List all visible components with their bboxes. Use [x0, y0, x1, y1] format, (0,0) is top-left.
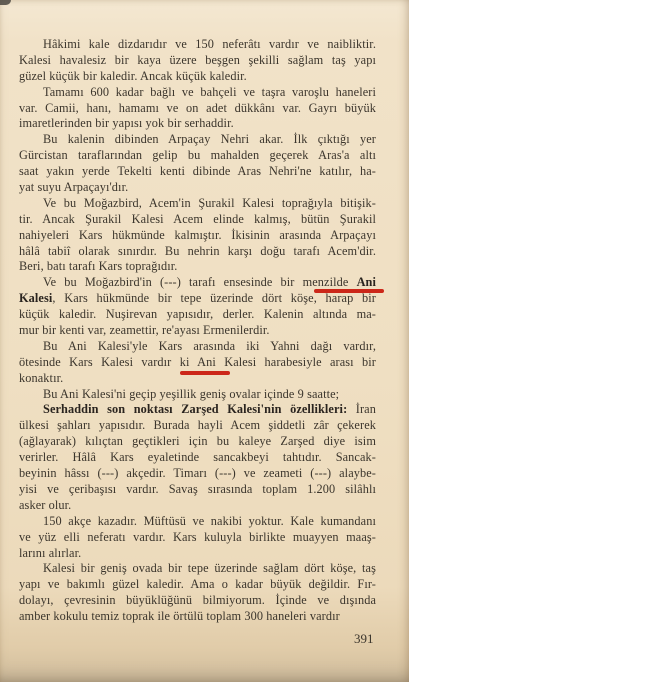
text-segment: , Kars hükmünde bir tepe üzerinde dört k… [52, 291, 376, 305]
text-line: Kalesi havalesiz bir kaya üzere beşgen ş… [19, 53, 376, 69]
text-line: küçük kaledir. Nuşirevan yapısıdır, derl… [19, 307, 376, 323]
bold-text-segment: Ani [357, 275, 376, 289]
text-line: verirler. Hâlâ Kars eyaletinde sancakbey… [19, 450, 376, 466]
text-segment: yat suyu Arpaçayı'dır. [19, 180, 128, 194]
text-segment: Gürcistan taraflarından gelip bu mahalde… [19, 148, 376, 162]
text-line: mur bir kenti var, zeamettir, re'ayası E… [19, 323, 376, 339]
scan-artifact [0, 0, 11, 5]
text-line: ötesinde Kars Kalesi vardır ki Ani Kales… [19, 355, 376, 371]
text-segment: Kalesi bir geniş ovada bir tepe üzerinde… [43, 561, 376, 575]
text-line: Bu Ani Kalesi'yle Kars arasında iki Yahn… [19, 339, 376, 355]
text-line: yisi ve çeribaşısı vardır. Savaş sırasın… [19, 482, 376, 498]
text-line: yapı ve bakımlı güzel kaledir. Ama o kad… [19, 577, 376, 593]
red-underline-ani-2 [180, 371, 230, 375]
text-segment: 150 akçe kazadır. Müftüsü ve nakibi yokt… [43, 514, 376, 528]
text-line: larını alırlar. [19, 546, 376, 562]
text-line: Bu Ani Kalesi'ni geçip yeşillik geniş ov… [19, 387, 376, 403]
text-line: Beri, batı tarafı Kars toprağıdır. [19, 259, 376, 275]
text-line: imaretlerinden bir yapısı yok bir serhad… [19, 116, 376, 132]
text-line: Bu kalenin dibinden Arpaçay Nehri akar. … [19, 132, 376, 148]
text-segment: güzel küçük bir kaledir. Ancak küçük kal… [19, 69, 247, 83]
text-segment: yapı ve bakımlı güzel kaledir. Ama o kad… [19, 577, 376, 591]
text-line: yat suyu Arpaçayı'dır. [19, 180, 376, 196]
text-segment: ülkesi şahları yapısıdır. Burada hayli A… [19, 418, 376, 432]
text-segment: imaretlerinden bir yapısı yok bir serhad… [19, 116, 234, 130]
text-block: Hâkimi kale dizdarıdır ve 150 neferâtı v… [19, 37, 376, 625]
text-segment: Bu Ani Kalesi'yle Kars arasında iki Yahn… [43, 339, 376, 353]
text-segment: Hâkimi kale dizdarıdır ve 150 neferâtı v… [43, 37, 376, 51]
text-line: Serhaddin son noktası Zarşed Kalesi'nin … [19, 402, 376, 418]
text-segment: yisi ve çeribaşısı vardır. Savaş sırasın… [19, 482, 376, 496]
text-segment: konaktır. [19, 371, 63, 385]
text-segment: Bu kalenin dibinden Arpaçay Nehri akar. … [43, 132, 376, 146]
text-line: var. Camii, hanı, hamamı ve on adet dükk… [19, 101, 376, 117]
text-segment: asker olur. [19, 498, 71, 512]
bold-text-segment: Serhaddin son noktası Zarşed Kalesi'nin … [43, 402, 347, 416]
text-segment: nahiyeleri Kars hükmünde kalmıştır. İkis… [19, 228, 376, 242]
scan-background [409, 0, 650, 682]
bold-text-segment: Kalesi [19, 291, 52, 305]
text-segment: hâlâ tabiî olarak sınırdır. Bu nehrin ka… [19, 244, 376, 258]
text-segment: ve yüz elli neferatı vardır. Kars kuluyl… [19, 530, 376, 544]
text-line: Kalesi, Kars hükmünde bir tepe üzerinde … [19, 291, 376, 307]
book-page-scan: Hâkimi kale dizdarıdır ve 150 neferâtı v… [0, 0, 409, 682]
text-line: güzel küçük bir kaledir. Ancak küçük kal… [19, 69, 376, 85]
text-line: hâlâ tabiî olarak sınırdır. Bu nehrin ka… [19, 244, 376, 260]
text-segment: amber kokulu temiz toprak ile örtülü top… [19, 609, 340, 623]
red-underline-ani-1 [314, 289, 384, 293]
screenshot-root: Hâkimi kale dizdarıdır ve 150 neferâtı v… [0, 0, 650, 682]
text-segment: verirler. Hâlâ Kars eyaletinde sancakbey… [19, 450, 376, 464]
text-segment: saat yakın yerde Tekelti kenti dibinde A… [19, 164, 376, 178]
text-segment: var. Camii, hanı, hamamı ve on adet dükk… [19, 101, 376, 115]
text-segment: tir. Ancak Şurakil Kalesi Acem elinde ka… [19, 212, 376, 226]
text-line: nahiyeleri Kars hükmünde kalmıştır. İkis… [19, 228, 376, 244]
text-segment: Beri, batı tarafı Kars toprağıdır. [19, 259, 177, 273]
text-line: dolayı, çevresinin büyüklüğünü bilmiyoru… [19, 593, 376, 609]
text-line: saat yakın yerde Tekelti kenti dibinde A… [19, 164, 376, 180]
text-line: beyinin hâssı (---) akçedir. Timarı (---… [19, 466, 376, 482]
page-number: 391 [354, 631, 374, 647]
text-segment: küçük kaledir. Nuşirevan yapısıdır, derl… [19, 307, 376, 321]
text-segment: (ağlayarak) kılıçtan geçtikleri için bu … [19, 434, 376, 448]
text-segment: Bu Ani Kalesi'ni geçip yeşillik geniş ov… [43, 387, 339, 401]
text-segment: dolayı, çevresinin büyüklüğünü bilmiyoru… [19, 593, 376, 607]
text-segment: Kalesi havalesiz bir kaya üzere beşgen ş… [19, 53, 376, 67]
text-segment: Ve bu Moğazbird, Acem'in Şurakil Kalesi … [43, 196, 376, 210]
text-line: asker olur. [19, 498, 376, 514]
text-line: ve yüz elli neferatı vardır. Kars kuluyl… [19, 530, 376, 546]
text-line: Gürcistan taraflarından gelip bu mahalde… [19, 148, 376, 164]
text-segment: ötesinde Kars Kalesi vardır ki Ani Kales… [19, 355, 376, 369]
text-segment: Ve bu Moğazbird'in (---) tarafı ensesind… [43, 275, 357, 289]
text-segment: larını alırlar. [19, 546, 81, 560]
text-line: Kalesi bir geniş ovada bir tepe üzerinde… [19, 561, 376, 577]
text-segment: beyinin hâssı (---) akçedir. Timarı (---… [19, 466, 376, 480]
text-line: 150 akçe kazadır. Müftüsü ve nakibi yokt… [19, 514, 376, 530]
text-line: Tamamı 600 kadar bağlı ve bahçeli ve taş… [19, 85, 376, 101]
text-segment: mur bir kenti var, zeamettir, re'ayası E… [19, 323, 270, 337]
text-line: Ve bu Moğazbird, Acem'in Şurakil Kalesi … [19, 196, 376, 212]
text-line: tir. Ancak Şurakil Kalesi Acem elinde ka… [19, 212, 376, 228]
text-line: (ağlayarak) kılıçtan geçtikleri için bu … [19, 434, 376, 450]
text-segment: Tamamı 600 kadar bağlı ve bahçeli ve taş… [43, 85, 376, 99]
text-line: ülkesi şahları yapısıdır. Burada hayli A… [19, 418, 376, 434]
text-line: amber kokulu temiz toprak ile örtülü top… [19, 609, 376, 625]
text-segment: İran [347, 402, 376, 416]
text-line: Hâkimi kale dizdarıdır ve 150 neferâtı v… [19, 37, 376, 53]
